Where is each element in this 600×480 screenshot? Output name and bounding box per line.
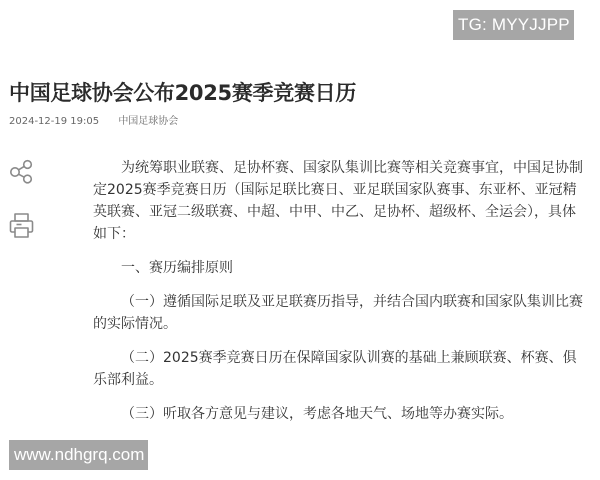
watermark-bottom: www.ndhgrq.com	[9, 440, 148, 470]
side-toolbar	[6, 156, 42, 240]
paragraph-principle-2: （二）2025赛季竞赛日历在保障国家队训赛的基础上兼顾联赛、杯赛、俱乐部利益。	[93, 347, 587, 391]
article-source: 中国足球协会	[118, 116, 178, 127]
article-date: 2024-12-19 19:05	[9, 116, 99, 127]
share-button[interactable]	[6, 156, 36, 186]
paragraph-intro: 为统筹职业联赛、足协杯赛、国家队集训比赛等相关竞赛事宜，中国足协制定2025赛季…	[93, 157, 587, 245]
article-title: 中国足球协会公布2025赛季竞赛日历	[9, 78, 356, 108]
print-button[interactable]	[6, 210, 36, 240]
article-body: 为统筹职业联赛、足协杯赛、国家队集训比赛等相关竞赛事宜，中国足协制定2025赛季…	[93, 157, 587, 425]
watermark-top: TG: MYYJJPP	[453, 10, 574, 40]
paragraph-principle-1: （一）遵循国际足联及亚足联赛历指导，并结合国内联赛和国家队集训比赛的实际情况。	[93, 291, 587, 335]
section-heading: 一、赛历编排原则	[93, 257, 587, 279]
paragraph-principle-3: （三）听取各方意见与建议，考虑各地天气、场地等办赛实际。	[93, 403, 587, 425]
share-icon	[6, 156, 36, 186]
article-meta: 2024-12-19 19:05 中国足球协会	[9, 114, 178, 130]
printer-icon	[6, 210, 36, 240]
